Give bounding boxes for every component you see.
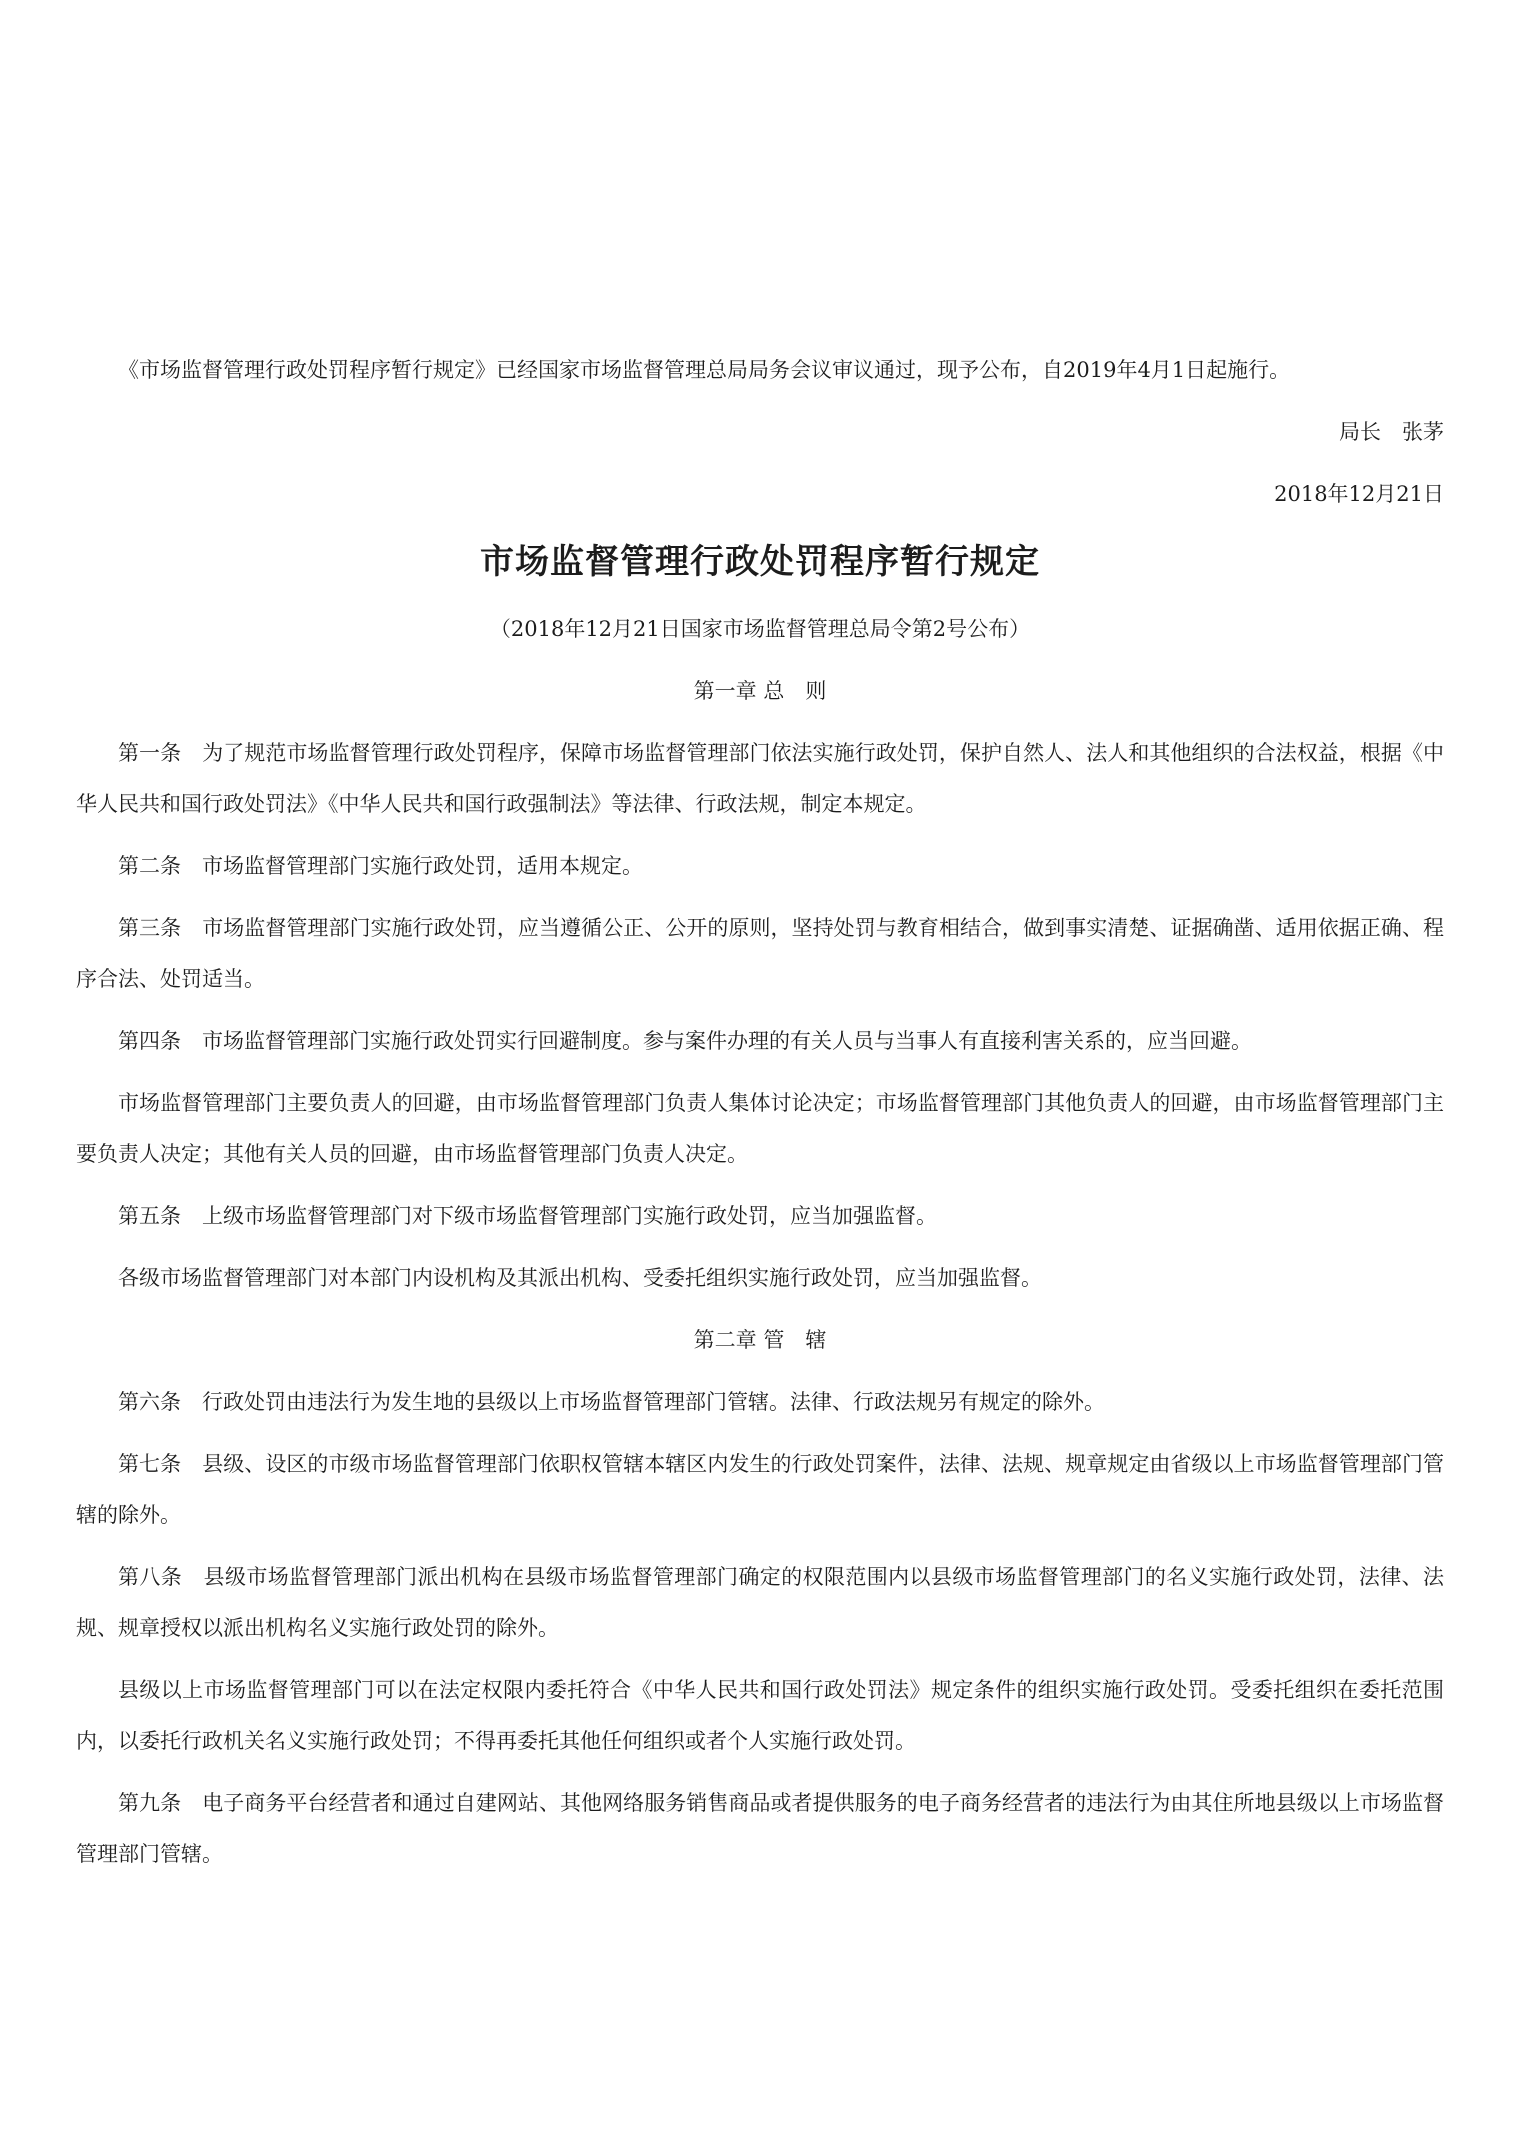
document-content: 《市场监督管理行政处罚程序暂行规定》已经国家市场监督管理总局局务会议审议通过，现… <box>0 0 1520 1880</box>
article-4-continued: 市场监督管理部门主要负责人的回避，由市场监督管理部门负责人集体讨论决定；市场监督… <box>76 1078 1444 1180</box>
article-6: 第六条 行政处罚由违法行为发生地的县级以上市场监督管理部门管辖。法律、行政法规另… <box>76 1377 1444 1428</box>
document-title: 市场监督管理行政处罚程序暂行规定 <box>76 531 1444 593</box>
document-subtitle: （2018年12月21日国家市场监督管理总局令第2号公布） <box>76 604 1444 655</box>
signature-signer: 局长 张茅 <box>76 407 1444 458</box>
preamble-paragraph: 《市场监督管理行政处罚程序暂行规定》已经国家市场监督管理总局局务会议审议通过，现… <box>76 345 1444 396</box>
article-7: 第七条 县级、设区的市级市场监督管理部门依职权管辖本辖区内发生的行政处罚案件，法… <box>76 1439 1444 1541</box>
article-2: 第二条 市场监督管理部门实施行政处罚，适用本规定。 <box>76 841 1444 892</box>
article-8-continued: 县级以上市场监督管理部门可以在法定权限内委托符合《中华人民共和国行政处罚法》规定… <box>76 1665 1444 1767</box>
chapter-2-heading: 第二章 管 辖 <box>76 1315 1444 1366</box>
article-1: 第一条 为了规范市场监督管理行政处罚程序，保障市场监督管理部门依法实施行政处罚，… <box>76 728 1444 830</box>
document-page: 《市场监督管理行政处罚程序暂行规定》已经国家市场监督管理总局局务会议审议通过，现… <box>0 0 1520 2150</box>
chapter-1-heading: 第一章 总 则 <box>76 666 1444 717</box>
article-9: 第九条 电子商务平台经营者和通过自建网站、其他网络服务销售商品或者提供服务的电子… <box>76 1778 1444 1880</box>
article-3: 第三条 市场监督管理部门实施行政处罚，应当遵循公正、公开的原则，坚持处罚与教育相… <box>76 903 1444 1005</box>
article-8: 第八条 县级市场监督管理部门派出机构在县级市场监督管理部门确定的权限范围内以县级… <box>76 1552 1444 1654</box>
article-5-continued: 各级市场监督管理部门对本部门内设机构及其派出机构、受委托组织实施行政处罚，应当加… <box>76 1253 1444 1304</box>
article-4: 第四条 市场监督管理部门实施行政处罚实行回避制度。参与案件办理的有关人员与当事人… <box>76 1016 1444 1067</box>
signature-date: 2018年12月21日 <box>76 469 1444 520</box>
article-5: 第五条 上级市场监督管理部门对下级市场监督管理部门实施行政处罚，应当加强监督。 <box>76 1191 1444 1242</box>
